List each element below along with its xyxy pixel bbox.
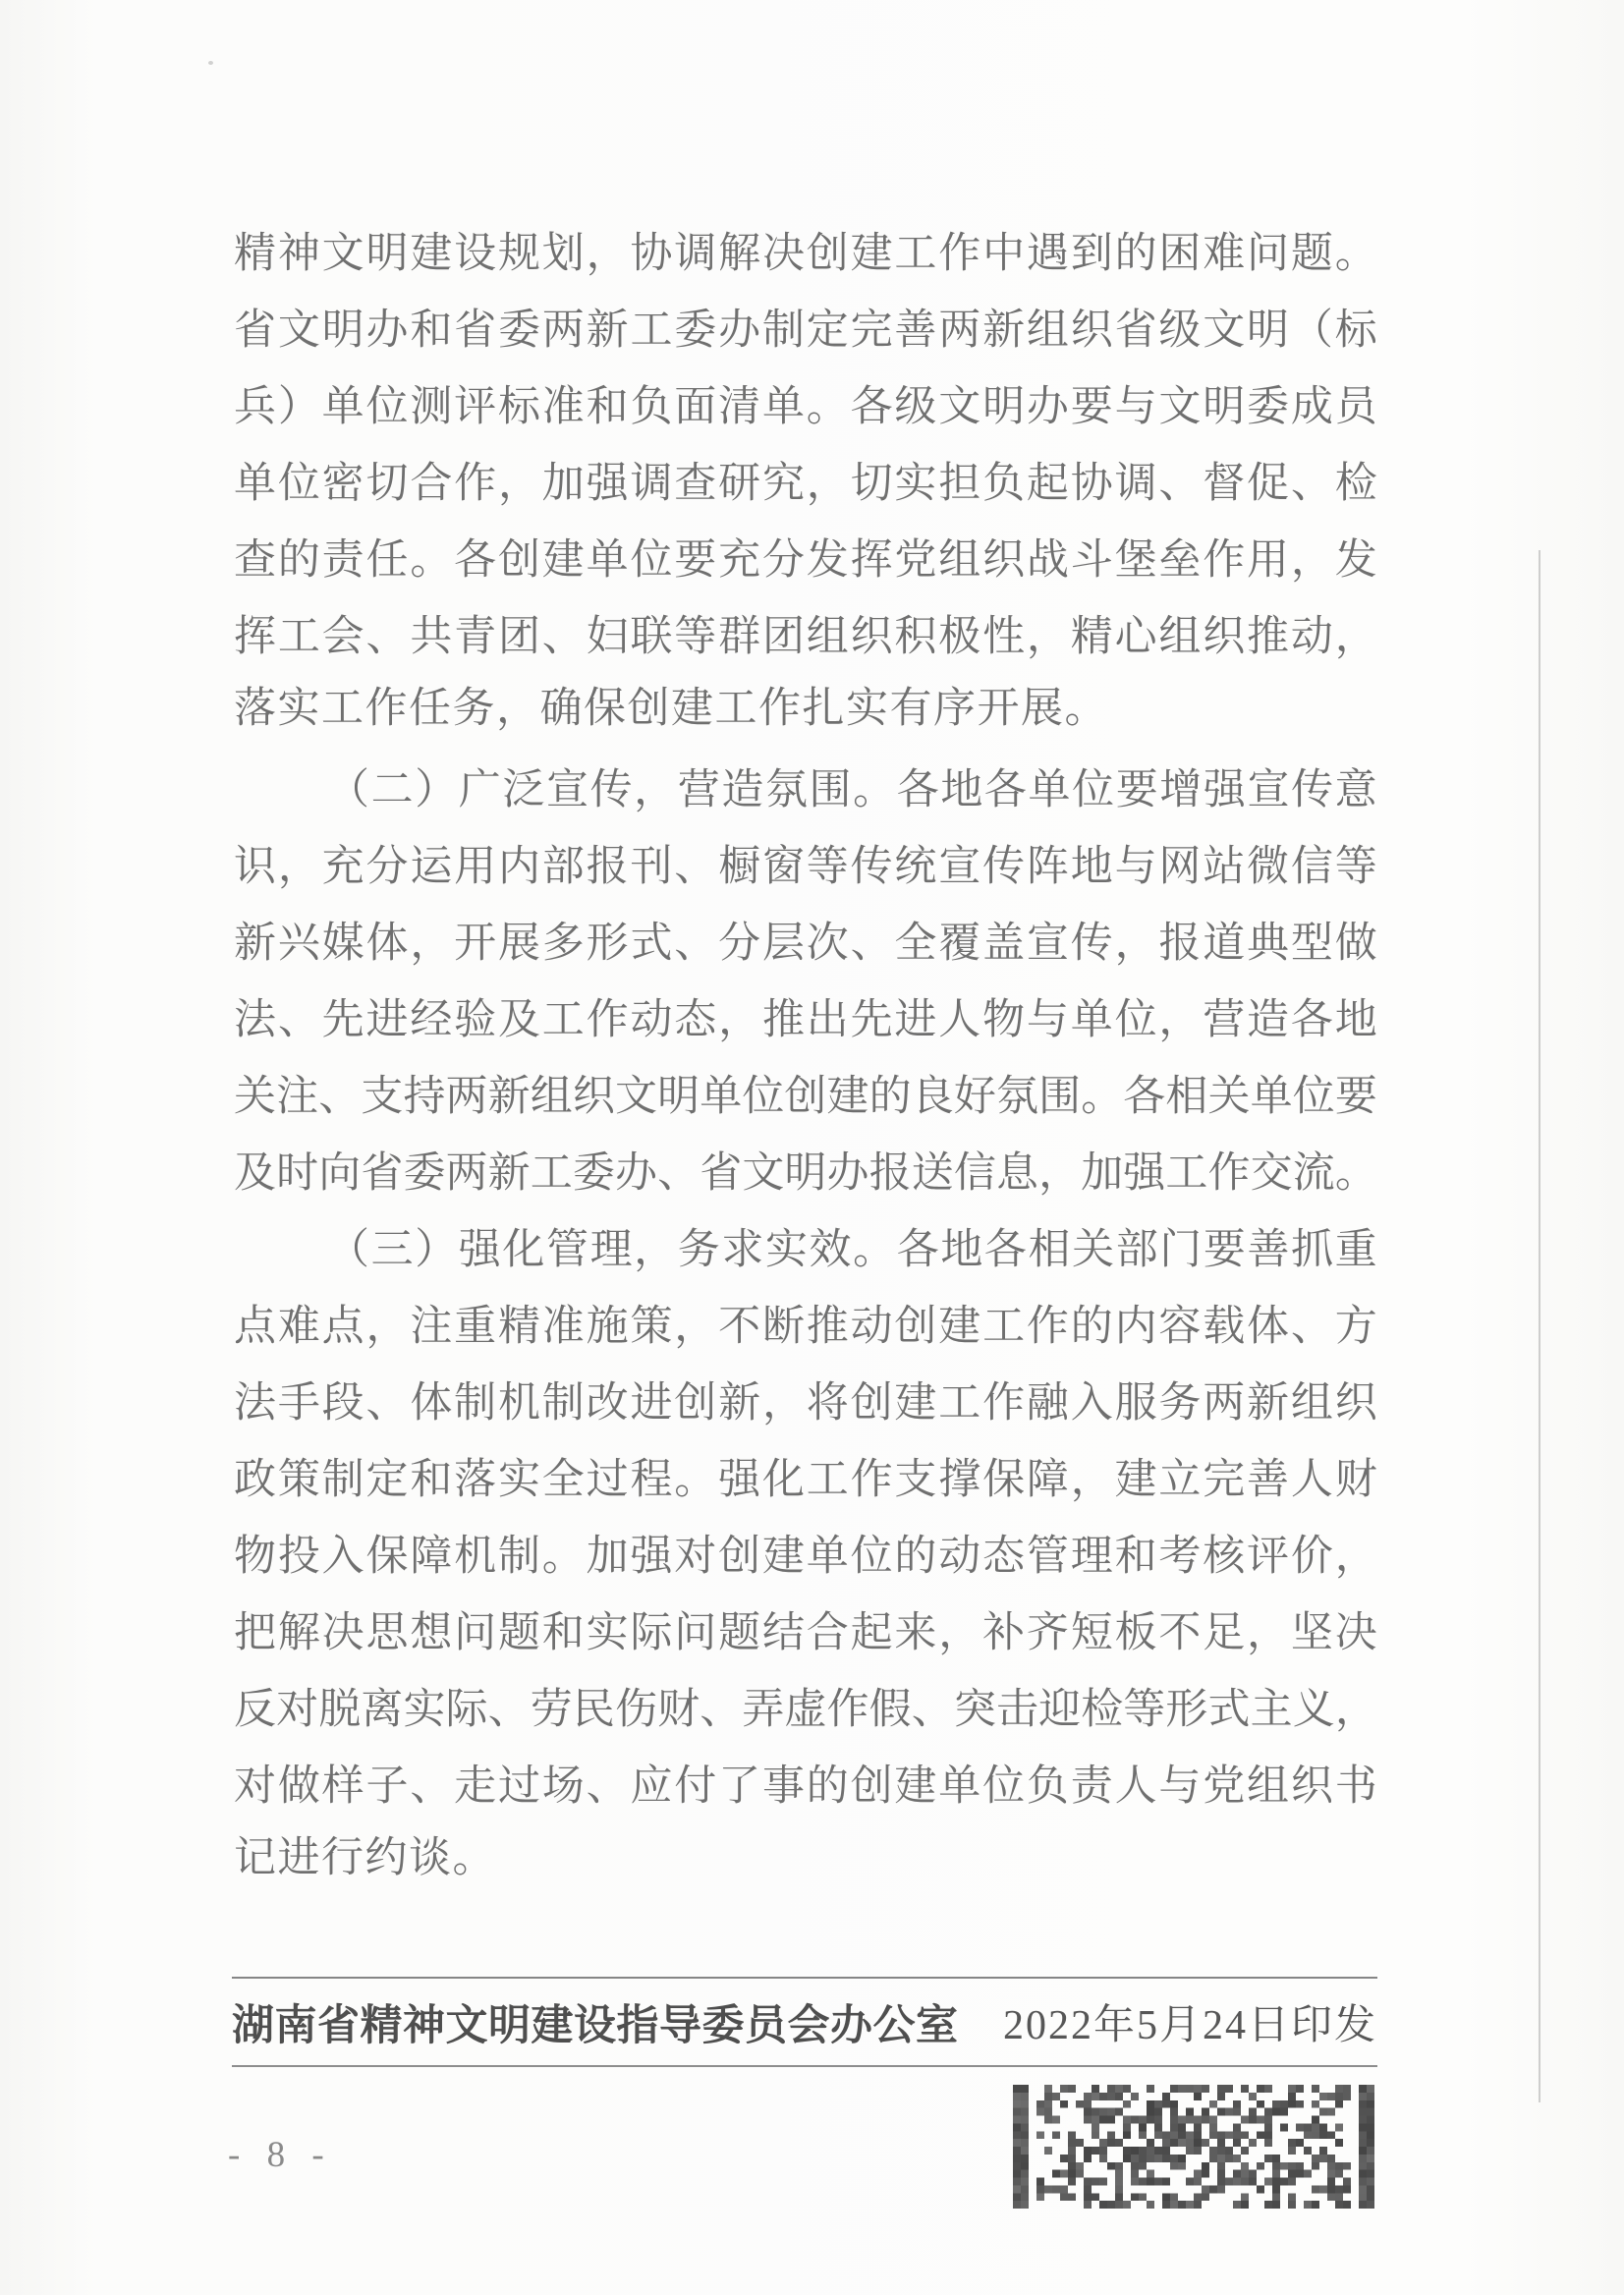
body-line: 精神文明建设规划，协调解决创建工作中遇到的困难问题。	[234, 211, 1377, 288]
body-line: 法、先进经验及工作动态，推出先进人物与单位，营造各地	[234, 978, 1377, 1054]
body-line: （二）广泛宣传，营造氛围。各地各单位要增强宣传意	[234, 748, 1377, 824]
body-line: 单位密切合作，加强调查研究，切实担负起协调、督促、检	[234, 441, 1377, 518]
document-body: 精神文明建设规划，协调解决创建工作中遇到的困难问题。省文明办和省委两新工委办制定…	[234, 211, 1377, 1897]
barcode-icon	[1013, 2085, 1374, 2209]
body-line: 新兴媒体，开展多形式、分层次、全覆盖宣传，报道典型做	[234, 901, 1377, 978]
footer-row: 湖南省精神文明建设指导委员会办公室 2022年5月24日印发	[232, 1979, 1377, 2065]
footer-rule-bottom	[232, 2065, 1377, 2067]
footer-print-date: 2022年5月24日印发	[1003, 1992, 1377, 2051]
body-line: 及时向省委两新工委办、省文明办报送信息，加强工作交流。	[234, 1131, 1377, 1207]
body-line: 物投入保障机制。加强对创建单位的动态管理和考核评价，	[234, 1514, 1377, 1591]
body-line: 反对脱离实际、劳民伤财、弄虚作假、突击迎检等形式主义，	[234, 1667, 1377, 1744]
body-line: 政策制定和落实全过程。强化工作支撑保障，建立完善人财	[234, 1437, 1377, 1514]
body-line: 点难点，注重精准施策，不断推动创建工作的内容载体、方	[234, 1284, 1377, 1361]
page-number: - 8 -	[228, 2134, 333, 2176]
body-line: 落实工作任务，确保创建工作扎实有序开展。	[234, 671, 1377, 748]
body-line: 记进行约谈。	[234, 1820, 1377, 1897]
body-line: 查的责任。各创建单位要充分发挥党组织战斗堡垒作用，发	[234, 518, 1377, 594]
footer-issuer: 湖南省精神文明建设指导委员会办公室	[232, 1992, 959, 2052]
body-line: 法手段、体制机制改进创新，将创建工作融入服务两新组织	[234, 1361, 1377, 1437]
document-footer: 湖南省精神文明建设指导委员会办公室 2022年5月24日印发	[232, 1977, 1377, 2067]
body-line: 关注、支持两新组织文明单位创建的良好氛围。各相关单位要	[234, 1054, 1377, 1131]
body-line: 识，充分运用内部报刊、橱窗等传统宣传阵地与网站微信等	[234, 824, 1377, 901]
body-line: 省文明办和省委两新工委办制定完善两新组织省级文明（标	[234, 288, 1377, 364]
body-line: 兵）单位测评标准和负面清单。各级文明办要与文明委成员	[234, 364, 1377, 441]
body-line: （三）强化管理，务求实效。各地各相关部门要善抓重	[234, 1207, 1377, 1284]
scanned-document-page: 精神文明建设规划，协调解决创建工作中遇到的困难问题。省文明办和省委两新工委办制定…	[0, 0, 1624, 2295]
scan-speck	[208, 61, 213, 65]
body-line: 对做样子、走过场、应付了事的创建单位负责人与党组织书	[234, 1744, 1377, 1820]
body-line: 把解决思想问题和实际问题结合起来，补齐短板不足，坚决	[234, 1591, 1377, 1667]
body-line: 挥工会、共青团、妇联等群团组织积极性，精心组织推动，	[234, 594, 1377, 671]
scan-artifact-line	[1539, 550, 1540, 2102]
